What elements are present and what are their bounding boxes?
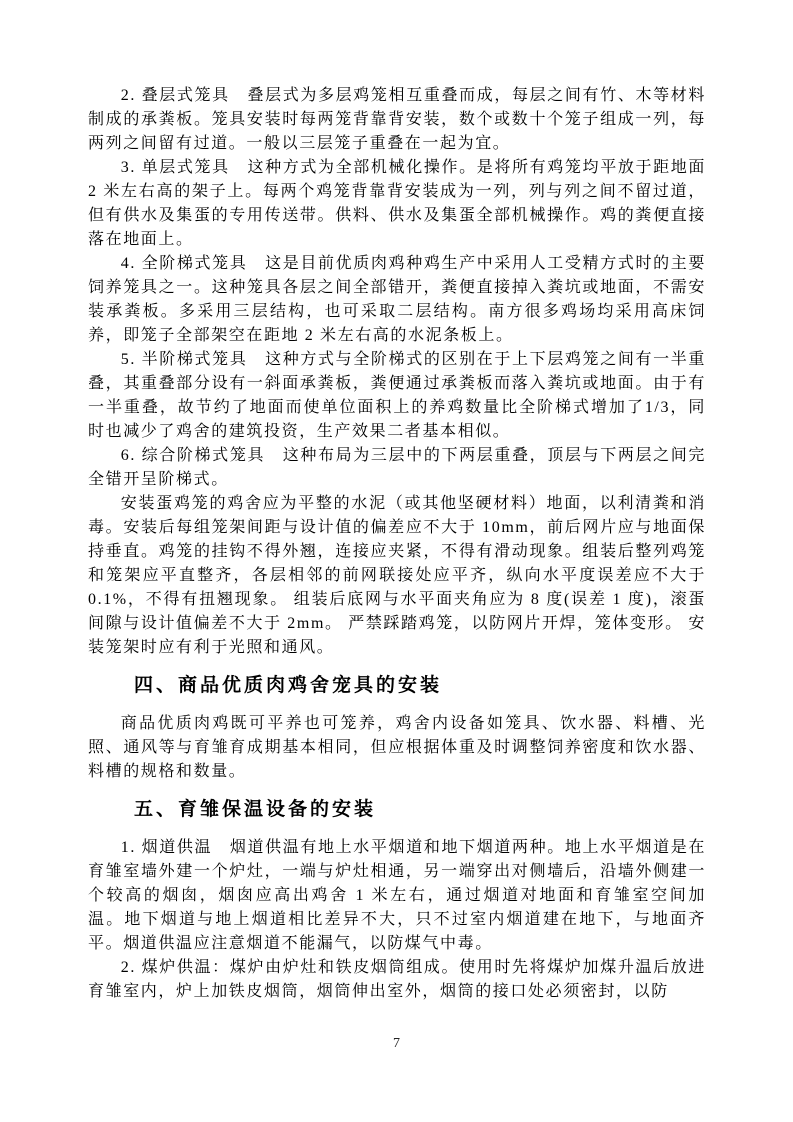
- section-heading-4: 四、商品优质肉鸡舍宠具的安装: [88, 672, 706, 700]
- paragraph-cage-installation-requirements: 安装蛋鸡笼的鸡舍应为平整的水泥（或其他坚硬材料）地面，以利清粪和消毒。安装后每组…: [88, 492, 706, 660]
- page-number: 7: [0, 1036, 793, 1052]
- section-heading-5: 五、育雏保温设备的安装: [88, 796, 706, 824]
- paragraph-flue-heating: 1. 烟道供温 烟道供温有地上水平烟道和地下烟道两种。地上水平烟道是在育雏室墙外…: [88, 836, 706, 956]
- document-page: 2. 叠层式笼具 叠层式为多层鸡笼相互重叠而成，每层之间有竹、木等材料制成的承粪…: [0, 0, 793, 1122]
- paragraph-full-step-cage: 4. 全阶梯式笼具 这是目前优质肉鸡种鸡生产中采用人工受精方式时的主要饲养笼具之…: [88, 252, 706, 348]
- document-body: 2. 叠层式笼具 叠层式为多层鸡笼相互重叠而成，每层之间有竹、木等材料制成的承粪…: [88, 84, 706, 1004]
- paragraph-stacked-cage: 2. 叠层式笼具 叠层式为多层鸡笼相互重叠而成，每层之间有竹、木等材料制成的承粪…: [88, 84, 706, 156]
- paragraph-single-layer-cage: 3. 单层式笼具 这种方式为全部机械化操作。是将所有鸡笼均平放于距地面 2 米左…: [88, 156, 706, 252]
- paragraph-half-step-cage: 5. 半阶梯式笼具 这种方式与全阶梯式的区别在于上下层鸡笼之间有一半重叠，其重叠…: [88, 348, 706, 444]
- paragraph-commercial-broiler-equipment: 商品优质肉鸡既可平养也可笼养，鸡舍内设备如笼具、饮水器、料槽、光照、通风等与育雏…: [88, 712, 706, 784]
- paragraph-combined-step-cage: 6. 综合阶梯式笼具 这种布局为三层中的下两层重叠，顶层与下两层之间完全错开呈阶…: [88, 444, 706, 492]
- paragraph-coal-stove-heating: 2. 煤炉供温：煤炉由炉灶和铁皮烟筒组成。使用时先将煤炉加煤升温后放进育雏室内，…: [88, 956, 706, 1004]
